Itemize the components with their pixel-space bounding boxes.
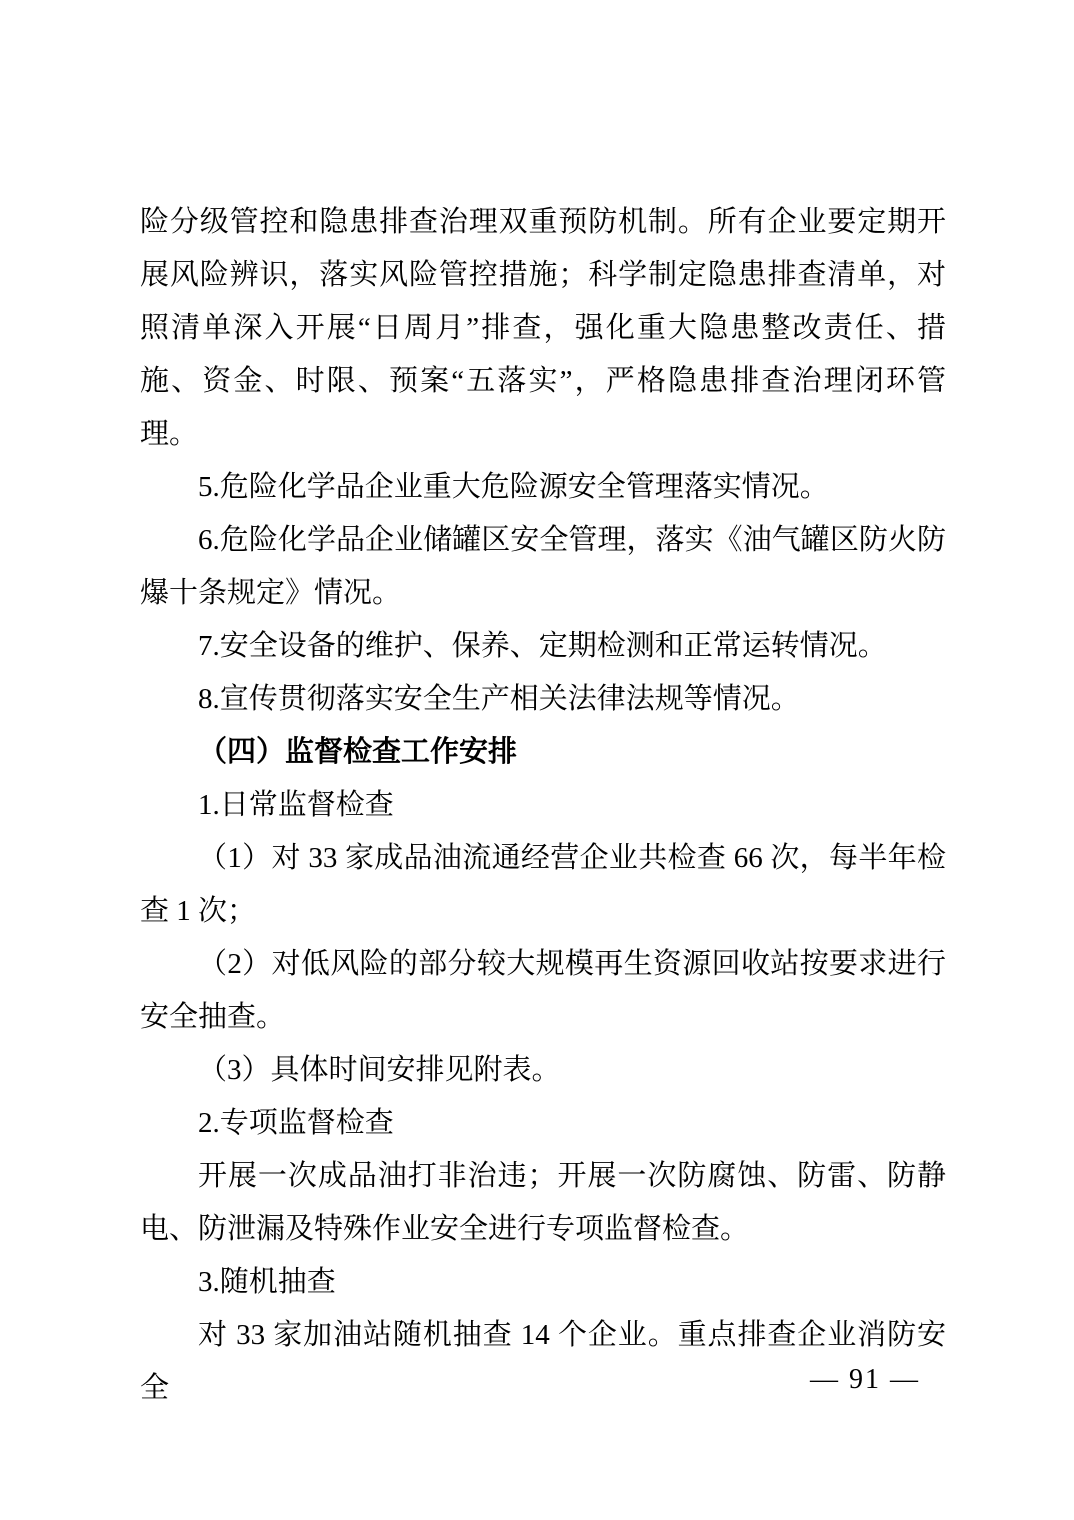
subitem-1: （1）对 33 家成品油流通经营企业共检查 66 次，每半年检查 1 次； — [140, 832, 946, 938]
subsection-2-body: 开展一次成品油打非治违；开展一次防腐蚀、防雷、防静电、防泄漏及特殊作业安全进行专… — [140, 1150, 946, 1256]
subsection-3-heading: 3.随机抽查 — [140, 1256, 946, 1309]
subsection-1-heading: 1.日常监督检查 — [140, 779, 946, 832]
list-item-7: 7.安全设备的维护、保养、定期检测和正常运转情况。 — [140, 620, 946, 673]
page-number: — 91 — — [810, 1360, 920, 1400]
section-heading: （四）监督检查工作安排 — [140, 726, 946, 779]
list-item-8: 8.宣传贯彻落实安全生产相关法律法规等情况。 — [140, 673, 946, 726]
document-page: 险分级管控和隐患排查治理双重预防机制。所有企业要定期开展风险辨识，落实风险管控措… — [0, 0, 1074, 1520]
paragraph-continuation: 险分级管控和隐患排查治理双重预防机制。所有企业要定期开展风险辨识，落实风险管控措… — [140, 196, 946, 461]
list-item-5: 5.危险化学品企业重大危险源安全管理落实情况。 — [140, 461, 946, 514]
list-item-6: 6.危险化学品企业储罐区安全管理，落实《油气罐区防火防爆十条规定》情况。 — [140, 514, 946, 620]
subitem-3: （3）具体时间安排见附表。 — [140, 1044, 946, 1097]
subitem-2: （2）对低风险的部分较大规模再生资源回收站按要求进行安全抽查。 — [140, 938, 946, 1044]
document-body: 险分级管控和隐患排查治理双重预防机制。所有企业要定期开展风险辨识，落实风险管控措… — [140, 196, 946, 1415]
subsection-2-heading: 2.专项监督检查 — [140, 1097, 946, 1150]
